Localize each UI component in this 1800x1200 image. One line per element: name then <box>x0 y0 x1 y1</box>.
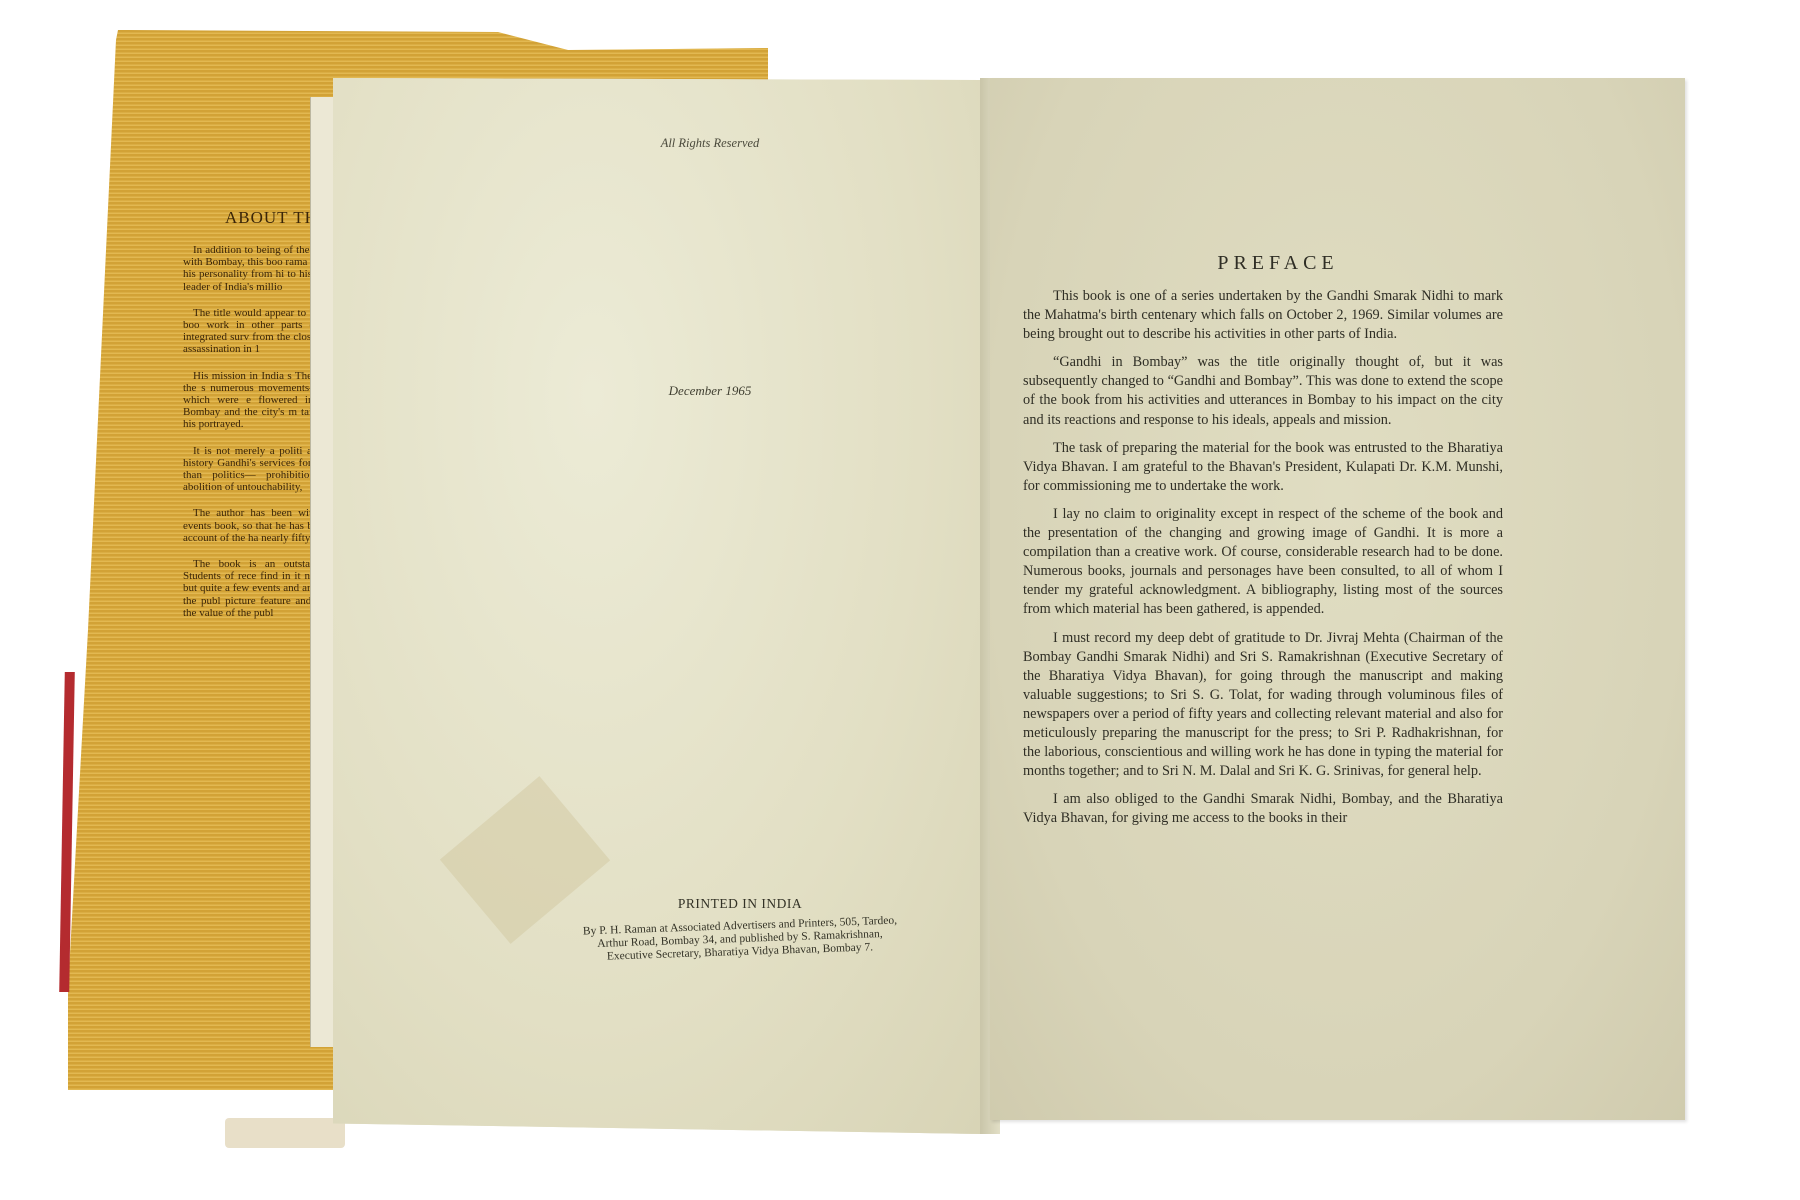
preface-title: PREFACE <box>1053 252 1503 275</box>
imprint-block: PRINTED IN INDIA By P. H. Raman at Assoc… <box>530 896 950 959</box>
preface-paragraph: I must record my deep debt of gratitude … <box>1023 629 1503 782</box>
preface-paragraph: This book is one of a series undertaken … <box>1023 287 1503 344</box>
publication-date: December 1965 <box>560 383 860 399</box>
preface-paragraph: I lay no claim to originality except in … <box>1023 505 1503 620</box>
preface-paragraph: The task of preparing the material for t… <box>1023 439 1503 496</box>
lower-book-corner <box>225 1118 345 1148</box>
preface-text: PREFACE This book is one of a series und… <box>1023 252 1503 837</box>
rights-notice: All Rights Reserved <box>560 136 860 151</box>
printed-in-heading: PRINTED IN INDIA <box>530 896 950 912</box>
preface-paragraph: I am also obliged to the Gandhi Smarak N… <box>1023 790 1503 828</box>
copyright-page <box>333 78 981 1134</box>
preface-paragraph: “Gandhi in Bombay” was the title origina… <box>1023 353 1503 429</box>
